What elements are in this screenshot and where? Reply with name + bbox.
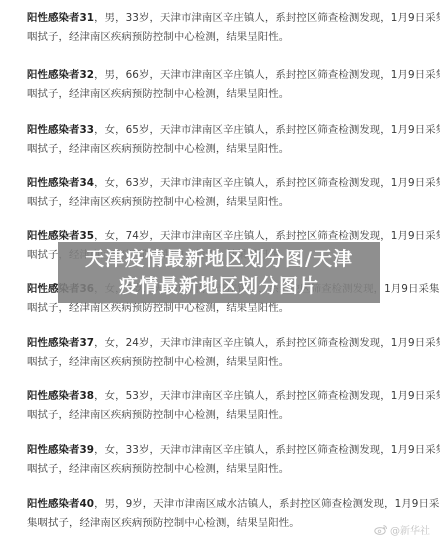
entry-line-1: 阳性感染者31，男，33岁，天津市津南区辛庄镇人，系封控区筛查检测发现，1月9日… <box>27 9 422 28</box>
entry-line-1: 阳性感染者39，女，33岁，天津市津南区辛庄镇人，系封控区筛查检测发现，1月9日… <box>27 441 422 460</box>
case-entry-34: 阳性感染者34，女，63岁，天津市津南区辛庄镇人，系封控区筛查检测发现，1月9日… <box>27 174 422 212</box>
case-details: ，女，33岁，天津市津南区辛庄镇人，系封控区筛查检测发现，1月9日采集 <box>94 444 440 456</box>
case-details: ，女，53岁，天津市津南区辛庄镇人，系封控区筛查检测发现，1月9日采集 <box>94 390 440 402</box>
case-entry-40: 阳性感染者40，男，9岁，天津市津南区咸水沽镇人，系封控区筛查检测发现，1月9日… <box>27 495 422 533</box>
case-label: 阳性感染者39 <box>27 444 94 456</box>
entry-line-1: 阳性感染者33，女，65岁，天津市津南区辛庄镇人，系封控区筛查检测发现，1月9日… <box>27 121 422 140</box>
entry-line-2: 咽拭子，经津南区疾病预防控制中心检测，结果呈阳性。 <box>27 353 422 372</box>
case-label: 阳性感染者32 <box>27 69 94 81</box>
entry-line-2: 咽拭子，经津南区疾病预防控制中心检测，结果呈阳性。 <box>27 460 422 479</box>
watermark: @新华社 <box>374 522 430 537</box>
entry-line-2: 咽拭子，经津南区疾病预防控制中心检测，结果呈阳性。 <box>27 85 422 104</box>
case-label: 阳性感染者35 <box>27 230 94 242</box>
entry-line-1: 阳性感染者40，男，9岁，天津市津南区咸水沽镇人，系封控区筛查检测发现，1月9日… <box>27 495 422 514</box>
case-entry-37: 阳性感染者37，女，24岁，天津市津南区辛庄镇人，系封控区筛查检测发现，1月9日… <box>27 334 422 372</box>
case-entry-31: 阳性感染者31，男，33岁，天津市津南区辛庄镇人，系封控区筛查检测发现，1月9日… <box>27 9 422 47</box>
case-label: 阳性感染者34 <box>27 177 94 189</box>
entry-line-2: 咽拭子，经津南区疾病预防控制中心检测，结果呈阳性。 <box>27 406 422 425</box>
case-details: ，女，74岁，天津市津南区辛庄镇人，系封控区筛查检测发现，1月9日采集 <box>94 230 440 242</box>
watermark-text: @新华社 <box>390 522 430 537</box>
case-details: ，男，9岁，天津市津南区咸水沽镇人，系封控区筛查检测发现，1月9日采 <box>94 498 439 510</box>
entry-line-1: 阳性感染者38，女，53岁，天津市津南区辛庄镇人，系封控区筛查检测发现，1月9日… <box>27 387 422 406</box>
entry-line-1: 阳性感染者37，女，24岁，天津市津南区辛庄镇人，系封控区筛查检测发现，1月9日… <box>27 334 422 353</box>
case-details: ，女，65岁，天津市津南区辛庄镇人，系封控区筛查检测发现，1月9日采集 <box>94 124 440 136</box>
document-image: 阳性感染者31，男，33岁，天津市津南区辛庄镇人，系封控区筛查检测发现，1月9日… <box>0 0 440 545</box>
case-details: ，女，63岁，天津市津南区辛庄镇人，系封控区筛查检测发现，1月9日采集 <box>94 177 440 189</box>
case-entry-33: 阳性感染者33，女，65岁，天津市津南区辛庄镇人，系封控区筛查检测发现，1月9日… <box>27 121 422 159</box>
overlay-title-line-2: 疫情最新地区划分图片 <box>119 273 319 300</box>
case-details: ，女，24岁，天津市津南区辛庄镇人，系封控区筛查检测发现，1月9日采集 <box>94 337 440 349</box>
overlay-title-line-1: 天津疫情最新地区划分图/天津 <box>85 246 353 273</box>
case-label: 阳性感染者40 <box>27 498 94 510</box>
entry-line-2: 咽拭子，经津南区疾病预防控制中心检测，结果呈阳性。 <box>27 140 422 159</box>
entry-line-2: 咽拭子，经津南区疾病预防控制中心检测，结果呈阳性。 <box>27 193 422 212</box>
entry-line-1: 阳性感染者34，女，63岁，天津市津南区辛庄镇人，系封控区筛查检测发现，1月9日… <box>27 174 422 193</box>
case-entry-38: 阳性感染者38，女，53岁，天津市津南区辛庄镇人，系封控区筛查检测发现，1月9日… <box>27 387 422 425</box>
case-label: 阳性感染者38 <box>27 390 94 402</box>
entry-line-1: 阳性感染者32，男，66岁，天津市津南区辛庄镇人，系封控区筛查检测发现，1月9日… <box>27 66 422 85</box>
case-details: ，男，66岁，天津市津南区辛庄镇人，系封控区筛查检测发现，1月9日采集 <box>94 69 440 81</box>
entry-line-2: 集咽拭子，经津南区疾病预防控制中心检测，结果呈阳性。 <box>27 514 422 533</box>
case-entry-39: 阳性感染者39，女，33岁，天津市津南区辛庄镇人，系封控区筛查检测发现，1月9日… <box>27 441 422 479</box>
case-details: ，男，33岁，天津市津南区辛庄镇人，系封控区筛查检测发现，1月9日采集 <box>94 12 440 24</box>
weibo-icon <box>374 524 388 535</box>
case-label: 阳性感染者37 <box>27 337 94 349</box>
case-entry-32: 阳性感染者32，男，66岁，天津市津南区辛庄镇人，系封控区筛查检测发现，1月9日… <box>27 66 422 104</box>
title-overlay: 天津疫情最新地区划分图/天津 疫情最新地区划分图片 <box>58 242 380 303</box>
case-label: 阳性感染者31 <box>27 12 94 24</box>
case-label: 阳性感染者33 <box>27 124 94 136</box>
entry-line-2: 咽拭子，经津南区疾病预防控制中心检测，结果呈阳性。 <box>27 28 422 47</box>
